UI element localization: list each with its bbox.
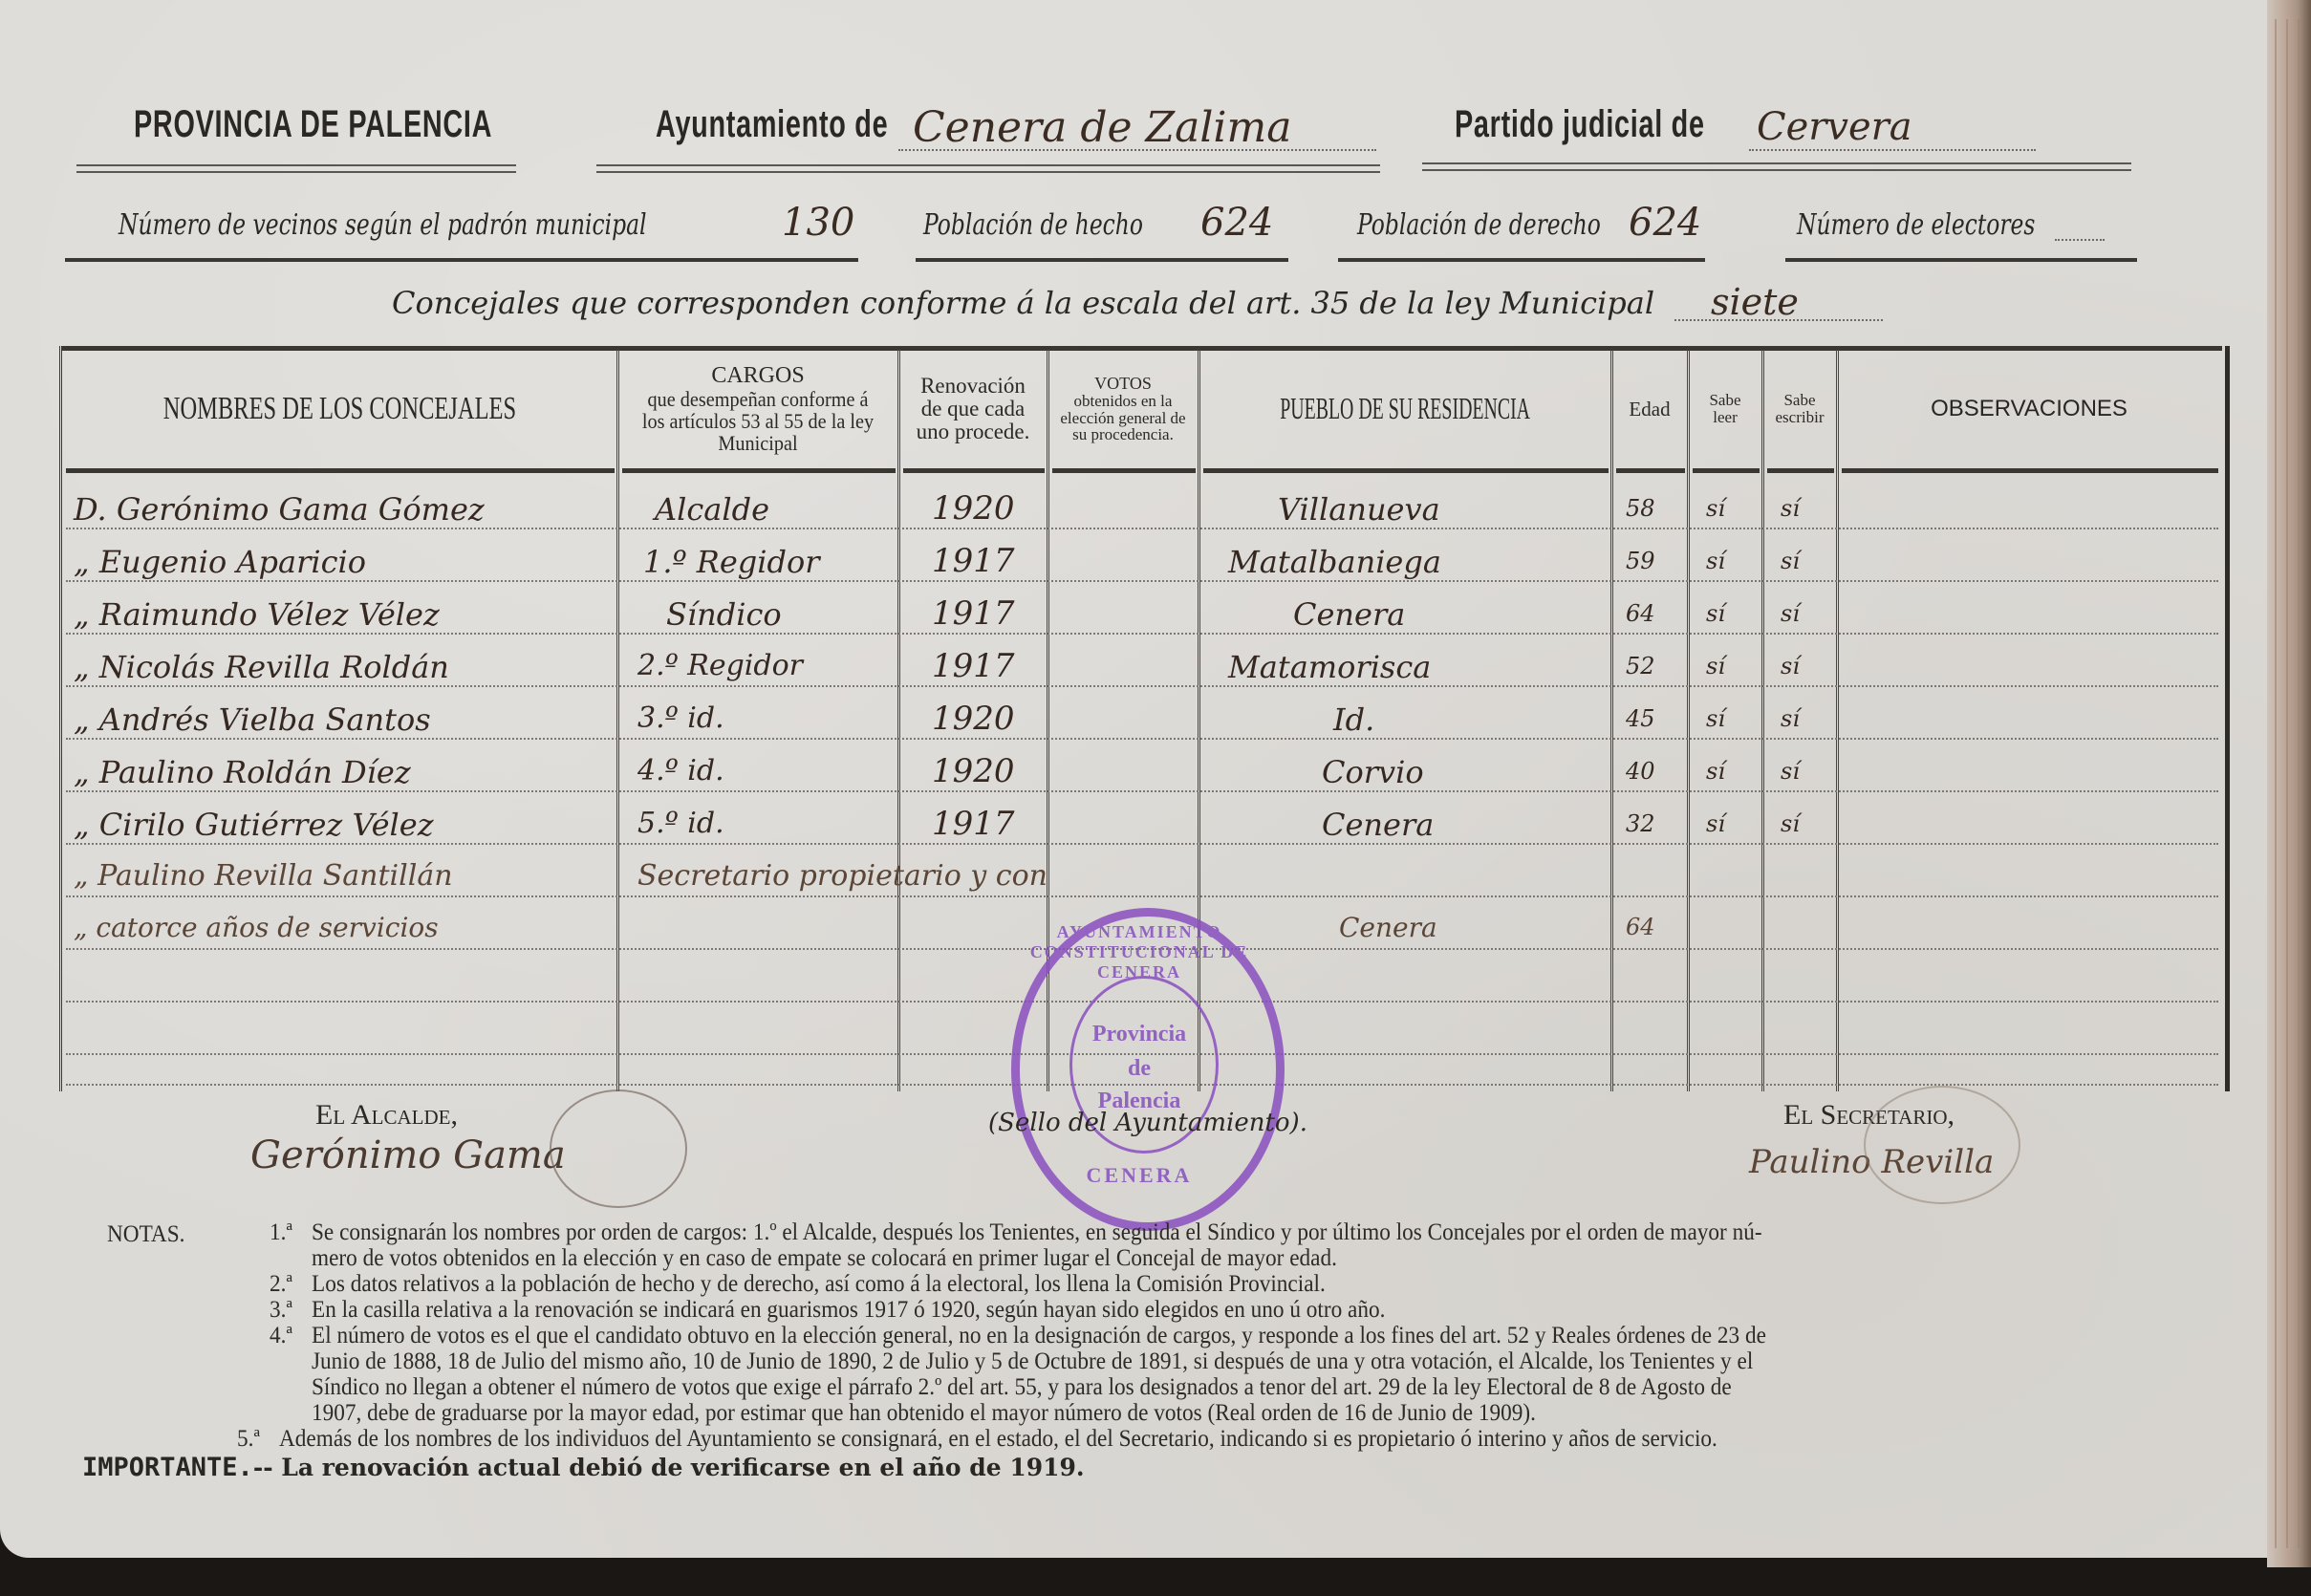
concejales-value: siete — [1711, 281, 1799, 323]
cell-cargo: Alcalde — [655, 491, 769, 528]
note-text: Junio de 1888, 18 de Julio del mismo año… — [312, 1348, 1753, 1374]
cell-cargo: Síndico — [666, 596, 782, 633]
note-text: Se consignarán los nombres por orden de … — [312, 1219, 1762, 1245]
cell-escribir: sí — [1781, 600, 1800, 627]
cell-pueblo: Matamorisca — [1228, 649, 1431, 685]
important-notice: IMPORTANTE.-- La renovación actual debió… — [82, 1453, 1085, 1482]
hecho-value: 624 — [1200, 201, 1273, 245]
cell-cargo: 1.º Regidor — [643, 544, 820, 580]
note-text: Además de los nombres de los individuos … — [279, 1426, 1717, 1452]
cell-cargo: 5.º id. — [637, 807, 724, 840]
note-text: 1907, debe de graduarse por la mayor eda… — [312, 1400, 1536, 1426]
note-number: 2.ª — [270, 1271, 292, 1297]
derecho-label: Población de derecho — [1357, 208, 1601, 242]
cell-pueblo: Id. — [1333, 701, 1374, 738]
header-edad: Edad — [1614, 352, 1685, 466]
cell-edad: 64 — [1626, 914, 1655, 940]
cell-escribir: sí — [1781, 705, 1800, 732]
header-renovacion: Renovación de que cada uno procede. — [901, 352, 1045, 466]
alcalde-label: El Alcalde, — [315, 1099, 458, 1132]
book-page-edge — [2267, 0, 2311, 1567]
cell-renovacion: 1920 — [932, 489, 1015, 528]
note-text: mero de votos obtenidos en la elección y… — [312, 1245, 1337, 1271]
cell-cargo: Secretario propietario y con — [637, 859, 1048, 893]
ayuntamiento-label: Ayuntamiento de — [656, 103, 888, 146]
cell-pueblo: Villanueva — [1278, 491, 1440, 528]
cell-edad: 52 — [1626, 653, 1655, 679]
ayuntamiento-underline — [596, 164, 1380, 173]
cell-renovacion: 1917 — [932, 647, 1015, 685]
stamp-center-2: de — [1020, 1056, 1259, 1082]
cell-nombre: „ Paulino Roldán Díez — [74, 754, 411, 790]
cell-nombre: „ catorce años de servicios — [74, 912, 439, 943]
provincia-underline — [76, 164, 516, 173]
note-text: Síndico no llegan a obtener el número de… — [312, 1374, 1732, 1400]
note-number: 5.ª — [237, 1426, 260, 1452]
signature-flourish — [1864, 1086, 2020, 1204]
cell-leer: sí — [1706, 653, 1725, 679]
cell-renovacion: 1917 — [932, 594, 1015, 633]
provincia-title: PROVINCIA DE PALENCIA — [134, 103, 492, 146]
cell-leer: sí — [1706, 758, 1725, 785]
cell-pueblo: Cenera — [1339, 912, 1437, 943]
vecinos-value: 130 — [782, 201, 854, 245]
note-text: En la casilla relativa a la renovación s… — [312, 1297, 1385, 1323]
stamp-ring-text: AYUNTAMIENTO CONSTITUCIONAL DE CENERA — [1020, 922, 1259, 982]
cell-pueblo: Cenera — [1322, 807, 1434, 843]
hecho-label: Población de hecho — [923, 208, 1143, 242]
ayuntamiento-value: Cenera de Zalima — [913, 103, 1291, 152]
header-leer: Sabe leer — [1691, 352, 1760, 466]
document-page: PROVINCIA DE PALENCIA Ayuntamiento de Ce… — [0, 0, 2267, 1558]
electores-dots — [2055, 239, 2105, 241]
cell-escribir: sí — [1781, 653, 1800, 679]
cell-renovacion: 1917 — [932, 805, 1015, 843]
derecho-value: 624 — [1629, 201, 1701, 245]
derecho-underline — [1338, 258, 1705, 262]
note-text: El número de votos es el que el candidat… — [312, 1323, 1766, 1348]
sello-label: (Sello del Ayuntamiento). — [988, 1109, 1307, 1137]
header-pueblo: PUEBLO DE SU RESIDENCIA — [1201, 352, 1609, 466]
header-observaciones: OBSERVACIONES — [1840, 352, 2218, 466]
vecinos-underline — [65, 258, 858, 262]
cell-nombre: „ Cirilo Gutiérrez Vélez — [74, 807, 434, 843]
vecinos-label: Número de vecinos según el padrón munici… — [119, 208, 647, 242]
cell-edad: 59 — [1626, 548, 1655, 574]
concejales-label: Concejales que corresponden conforme á l… — [392, 285, 1654, 321]
cell-nombre: „ Raimundo Vélez Vélez — [74, 596, 440, 633]
cell-leer: sí — [1706, 705, 1725, 732]
cell-cargo: 3.º id. — [637, 701, 724, 735]
ayuntamiento-dots — [898, 149, 1376, 151]
hecho-underline — [916, 258, 1288, 262]
cell-renovacion: 1920 — [932, 752, 1015, 790]
cell-pueblo: Cenera — [1293, 596, 1405, 633]
header-escribir: Sabe escribir — [1765, 352, 1834, 466]
cell-nombre: „ Andrés Vielba Santos — [74, 701, 431, 738]
cell-leer: sí — [1706, 810, 1725, 837]
cell-nombre: „ Paulino Revilla Santillán — [74, 859, 453, 893]
cell-cargo: 4.º id. — [637, 754, 724, 787]
electores-label: Número de electores — [1797, 208, 2035, 242]
cell-cargo: 2.º Regidor — [637, 649, 803, 682]
alcalde-signature: Gerónimo Gama — [250, 1133, 566, 1177]
cell-pueblo: Corvio — [1322, 754, 1424, 790]
cell-edad: 64 — [1626, 600, 1655, 627]
cell-leer: sí — [1706, 548, 1725, 574]
cell-nombre: „ Nicolás Revilla Roldán — [74, 649, 449, 685]
cell-escribir: sí — [1781, 548, 1800, 574]
important-label: IMPORTANTE. — [82, 1453, 253, 1482]
cell-edad: 58 — [1626, 495, 1655, 522]
cell-edad: 45 — [1626, 705, 1655, 732]
cell-edad: 40 — [1626, 758, 1655, 785]
signature-flourish — [550, 1089, 687, 1208]
electores-underline — [1785, 258, 2137, 262]
header-nombres: NOMBRES DE LOS CONCEJALES — [62, 352, 616, 466]
cell-renovacion: 1920 — [932, 700, 1015, 738]
cell-leer: sí — [1706, 600, 1725, 627]
note-number: 3.ª — [270, 1297, 292, 1323]
cell-escribir: sí — [1781, 758, 1800, 785]
notes-title: NOTAS. — [107, 1221, 184, 1247]
cell-escribir: sí — [1781, 495, 1800, 522]
note-number: 4.ª — [270, 1323, 292, 1348]
partido-dots — [1749, 149, 2036, 151]
stamp-center-1: Provincia — [1020, 1022, 1259, 1047]
cell-renovacion: 1917 — [932, 542, 1015, 580]
partido-underline — [1422, 162, 2131, 171]
cell-pueblo: Matalbaniega — [1228, 544, 1441, 580]
cell-edad: 32 — [1626, 810, 1655, 837]
note-number: 1.ª — [270, 1219, 292, 1245]
partido-value: Cervera — [1757, 105, 1912, 149]
cell-nombre: D. Gerónimo Gama Gómez — [74, 491, 485, 528]
important-text: -- La renovación actual debió de verific… — [253, 1454, 1085, 1481]
note-text: Los datos relativos a la población de he… — [312, 1271, 1326, 1297]
stamp-bottom: CENERA — [1020, 1163, 1259, 1188]
cell-leer: sí — [1706, 495, 1725, 522]
concejales-dots — [1674, 319, 1883, 321]
header-votos: VOTOS obtenidos en la elección general d… — [1050, 352, 1196, 466]
partido-label: Partido judicial de — [1455, 103, 1705, 146]
municipal-stamp: AYUNTAMIENTO CONSTITUCIONAL DE CENERA Pr… — [1011, 908, 1285, 1231]
header-cargos: CARGOS que desempeñan conforme á los art… — [620, 352, 896, 466]
cell-nombre: „ Eugenio Aparicio — [74, 544, 366, 580]
cell-escribir: sí — [1781, 810, 1800, 837]
